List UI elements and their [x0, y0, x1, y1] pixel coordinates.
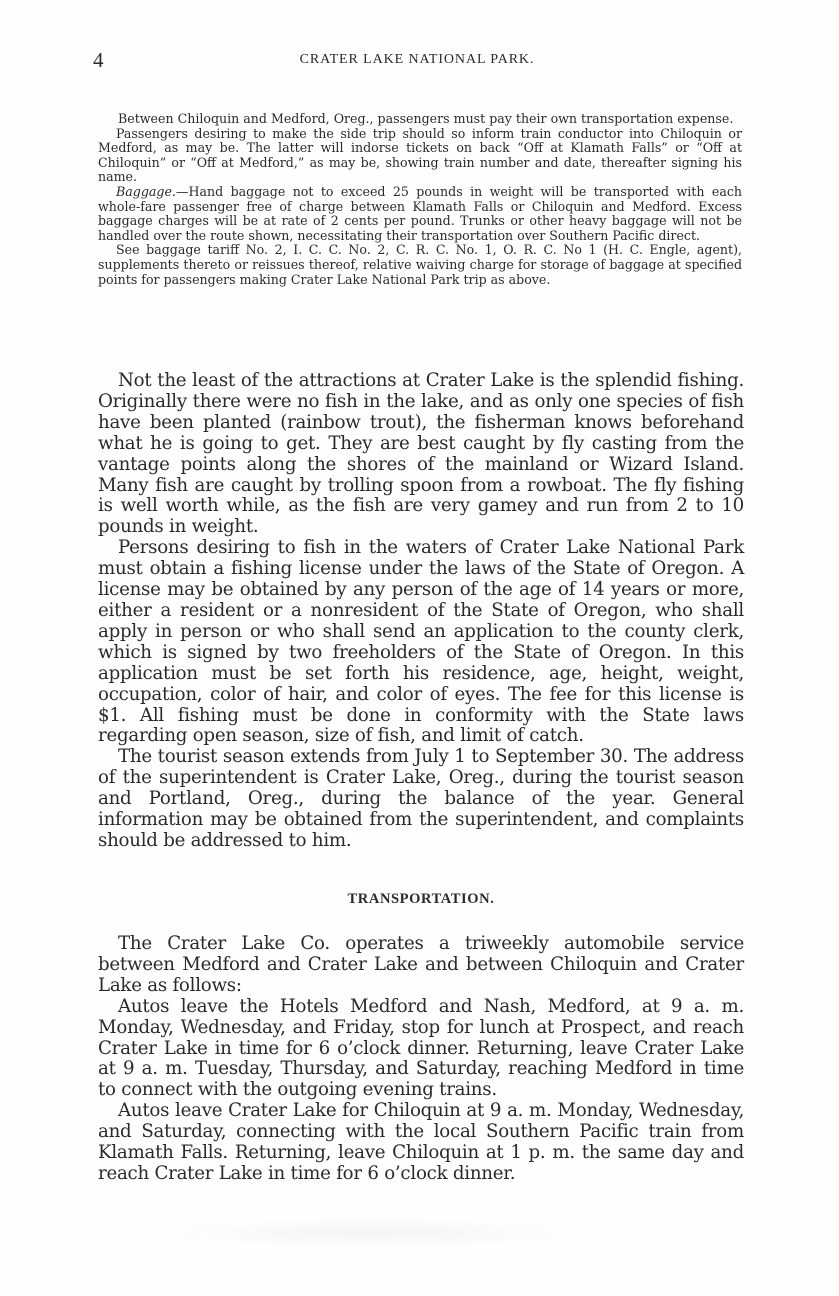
running-header: 4 CRATER LAKE NATIONAL PARK.	[93, 48, 741, 74]
fine-print-section: Between Chiloquin and Medford, Oreg., pa…	[98, 112, 742, 287]
paragraph-chiloquin-schedule: Autos leave Crater Lake for Chiloquin at…	[98, 1101, 744, 1185]
paragraph-tourist-season: The tourist season extends from July 1 t…	[98, 747, 744, 852]
paragraph-fishing: Not the least of the attractions at Crat…	[98, 371, 744, 538]
paragraph-passenger-expense: Between Chiloquin and Medford, Oreg., pa…	[98, 112, 742, 127]
paragraph-transport-intro: The Crater Lake Co. operates a triweekly…	[98, 934, 744, 997]
baggage-lead: Baggage.	[116, 184, 176, 199]
paragraph-medford-schedule: Autos leave the Hotels Medford and Nash,…	[98, 997, 744, 1102]
paragraph-baggage-tariff: See baggage tariff No. 2, I. C. C. No. 2…	[98, 243, 742, 287]
document-page: 4 CRATER LAKE NATIONAL PARK. Between Chi…	[0, 0, 839, 1296]
running-title: CRATER LAKE NATIONAL PARK.	[93, 52, 741, 68]
section-heading-transportation: TRANSPORTATION.	[98, 891, 744, 908]
paragraph-baggage: Baggage.—Hand baggage not to exceed 25 p…	[98, 185, 742, 243]
fishing-section: Not the least of the attractions at Crat…	[98, 371, 744, 852]
transportation-section: The Crater Lake Co. operates a triweekly…	[98, 934, 744, 1185]
paragraph-side-trip: Passengers desiring to make the side tri…	[98, 127, 742, 185]
bleed-through-smudge	[150, 1218, 590, 1248]
paragraph-fishing-license: Persons desiring to fish in the waters o…	[98, 538, 744, 747]
